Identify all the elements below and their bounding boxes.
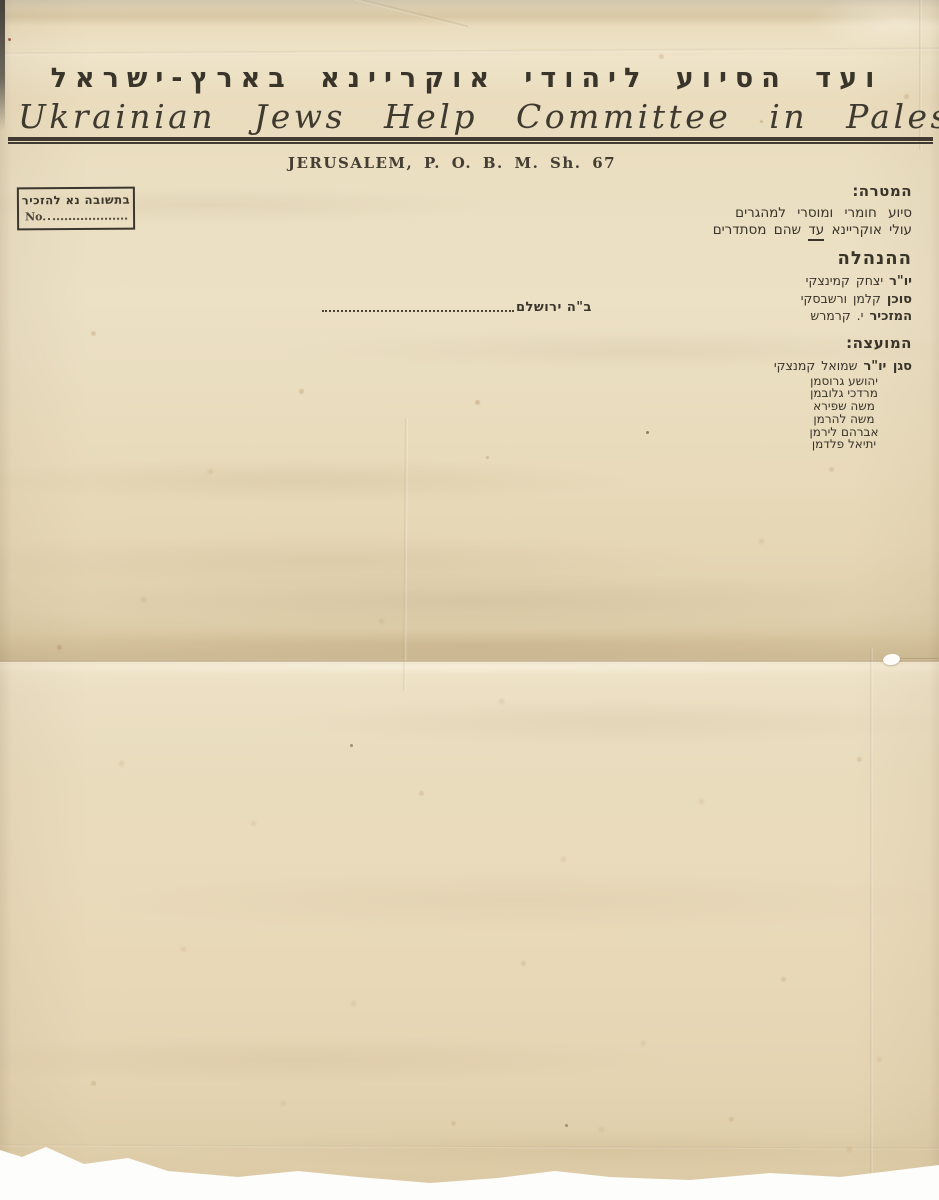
- management-name: קלמן ורשבסקי: [801, 291, 881, 306]
- double-rule: [8, 137, 933, 144]
- council-heading: המועצה:: [662, 334, 912, 352]
- management-name: י. קרמרש: [810, 308, 863, 323]
- fold-crease-diagonal: [342, 0, 469, 29]
- scanned-letter: ועד הסיוע ליהודי אוקריינא בארץ-ישראל Ukr…: [0, 0, 939, 1200]
- reference-number-label: No.: [25, 210, 46, 223]
- fold-crease-top: [0, 48, 939, 56]
- management-row: יו"ר יצחק קמינצקי: [662, 273, 912, 291]
- management-row: המזכיר י. קרמרש: [662, 308, 912, 326]
- goal-line-2-after: שהם מסתדרים: [713, 222, 801, 238]
- management-role: סוכן: [887, 292, 912, 307]
- reference-number-dotted-line: [48, 217, 127, 221]
- council-chair-role: סגן יו"ר: [863, 359, 912, 374]
- goal-line-2: עולי אוקריינא עד שהם מסתדרים: [662, 222, 912, 239]
- management-role: יו"ר: [889, 274, 912, 289]
- date-bh-label: ב"ה ירושלם: [516, 300, 592, 315]
- management-row: סוכן קלמן ורשבסקי: [662, 291, 912, 309]
- council-member: משה להרמן: [784, 413, 904, 426]
- date-line: ב"ה ירושלם: [322, 300, 592, 315]
- goal-line-1: סיוע חומרי ומוסרי למהגרים: [662, 205, 912, 222]
- management-list: יו"ר יצחק קמינצקיסוכן קלמן ורשבסקיהמזכיר…: [662, 273, 912, 326]
- reference-box: בתשובה נא להזכיר No.: [17, 187, 135, 231]
- council-members-list: יהושע גרוסמןמרדכי גלובמןמשה שפיראמשה להר…: [784, 375, 904, 452]
- management-role: המזכיר: [869, 309, 912, 324]
- fold-crease-vertical-mid: [403, 418, 408, 690]
- english-title: Ukrainian Jews Help Committee in Palesti…: [18, 97, 915, 137]
- management-name: יצחק קמינצקי: [806, 273, 883, 288]
- fold-crease-vertical-right: [870, 648, 873, 1183]
- info-column: המטרה: סיוע חומרי ומוסרי למהגרים עולי או…: [662, 182, 912, 451]
- goal-line-2-underlined-word: עד: [808, 222, 824, 241]
- fold-crease-bottom: [0, 1144, 939, 1149]
- council-member: יתיאל פלדמן: [784, 438, 904, 451]
- paper-sheet: ועד הסיוע ליהודי אוקריינא בארץ-ישראל Ukr…: [0, 0, 939, 1190]
- council-member: משה שפירא: [784, 400, 904, 413]
- reference-number-row: No.: [25, 210, 127, 224]
- tear-hole: [882, 653, 900, 666]
- reference-instruction: בתשובה נא להזכיר: [19, 193, 133, 208]
- address-line: JERUSALEM, P. O. B. M. Sh. 67: [0, 154, 904, 172]
- council-chair-row: סגן יו"ר שמואל קמנצקי: [662, 358, 912, 374]
- scanner-edge-strip: [0, 0, 5, 130]
- tear-crack-line: [898, 658, 938, 659]
- management-heading: ההנהלה: [662, 248, 912, 269]
- council-chair-name: שמואל קמנצקי: [774, 358, 858, 373]
- paper-shading: [0, 0, 939, 1190]
- date-dotted-leader: [322, 309, 514, 312]
- fold-crease-middle: [0, 660, 939, 662]
- goal-line-2-before: עולי אוקריינא: [832, 222, 912, 238]
- hebrew-title: ועד הסיוע ליהודי אוקריינא בארץ-ישראל: [18, 62, 915, 96]
- goal-heading: המטרה:: [662, 182, 912, 200]
